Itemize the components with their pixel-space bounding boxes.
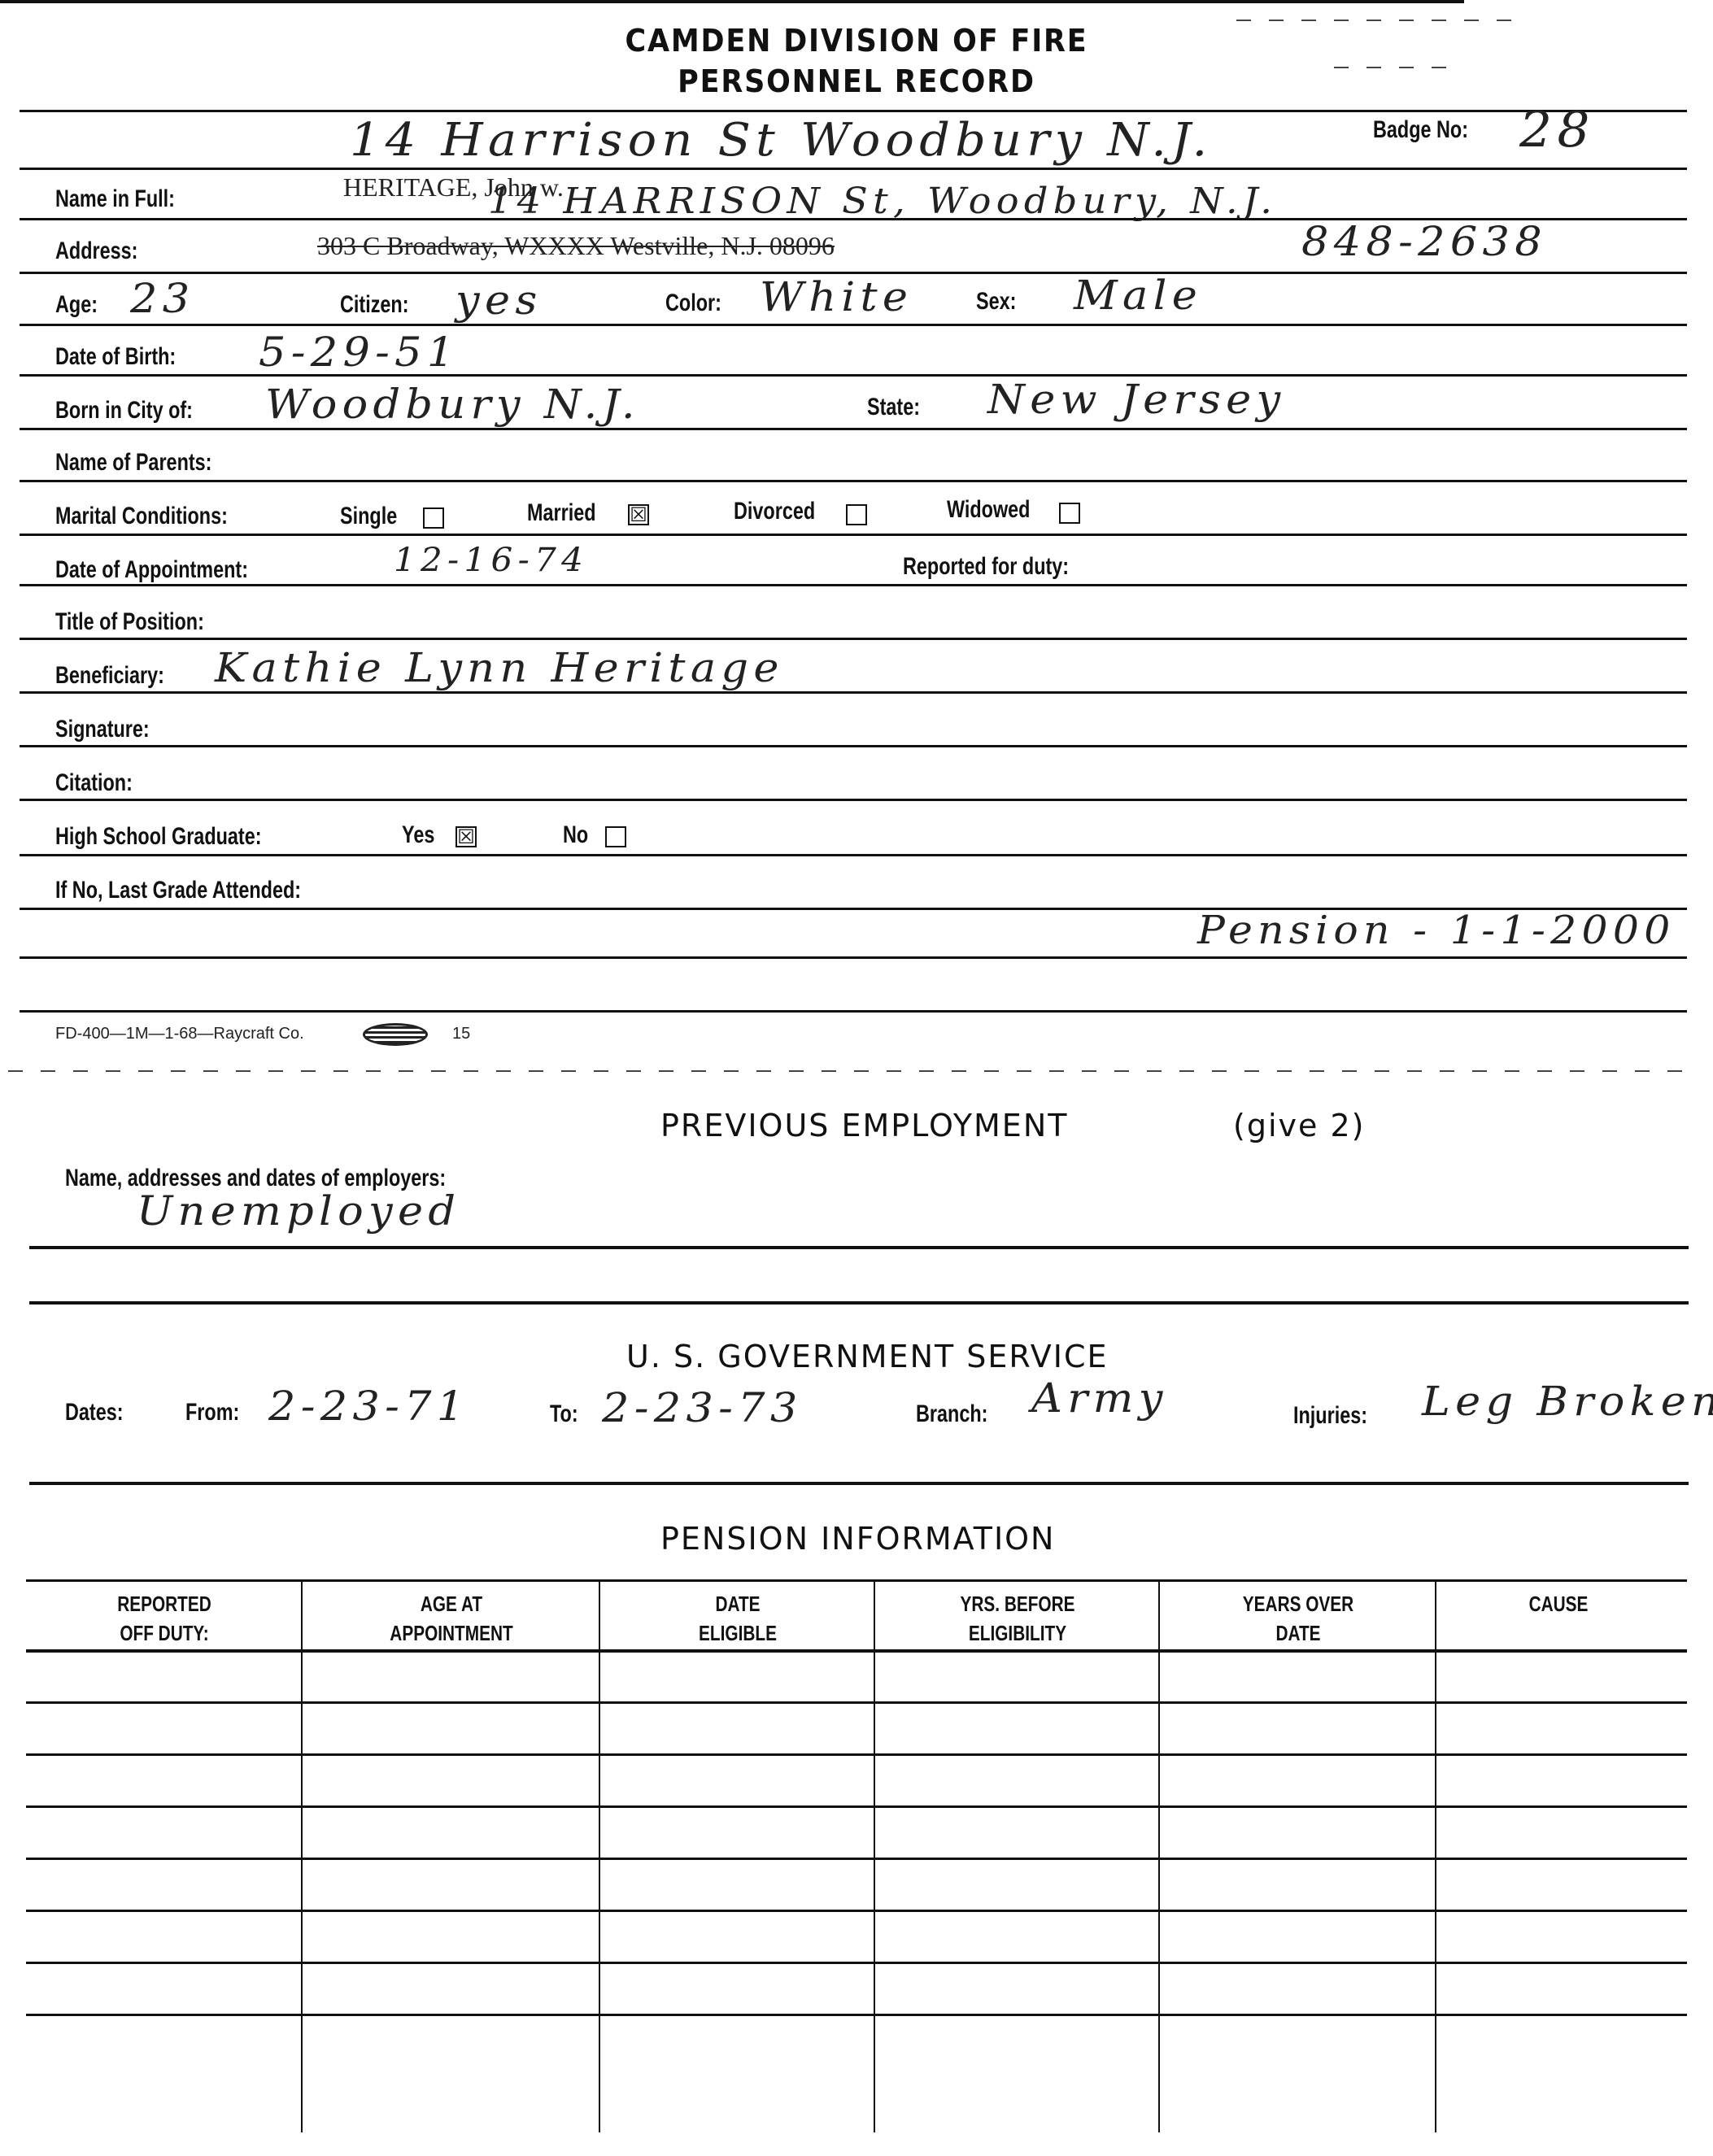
- table-row-rule: [26, 1701, 1687, 1704]
- row-rule: [20, 534, 1687, 536]
- born-city-value: Woodbury N.J.: [265, 381, 640, 428]
- employers-value: Unemployed: [137, 1187, 460, 1235]
- state-value: New Jersey: [987, 376, 1286, 423]
- parents-label: Name of Parents:: [55, 449, 211, 477]
- col-divider: [599, 1579, 600, 2132]
- row-rule: [20, 428, 1687, 430]
- row-rule: [20, 956, 1687, 959]
- pension-title: PENSION INFORMATION: [660, 1521, 1055, 1557]
- table-row-rule: [26, 1962, 1687, 1964]
- phone-handwritten: 848-2638: [1301, 218, 1547, 265]
- form-subtitle: PERSONNEL RECORD: [68, 63, 1645, 99]
- col-header-date-eligible: DATE ELIGIBLE: [628, 1589, 848, 1648]
- row-rule: [20, 324, 1687, 326]
- to-label: To:: [550, 1400, 578, 1428]
- row-rule: [29, 1301, 1689, 1304]
- previous-employment-title: PREVIOUS EMPLOYMENT: [660, 1108, 1068, 1143]
- row-rule: [29, 1482, 1689, 1485]
- sex-value: Male: [1074, 272, 1202, 319]
- last-grade-label: If No, Last Grade Attended:: [55, 877, 301, 904]
- row-rule: [20, 854, 1687, 856]
- marital-single-checkbox[interactable]: [423, 507, 444, 529]
- row-rule: [20, 1010, 1687, 1013]
- col-header-cause: CAUSE: [1461, 1589, 1656, 1618]
- top-address-handwritten: 14 Harrison St Woodbury N.J.: [350, 114, 1213, 167]
- hs-yes-label: Yes: [402, 821, 434, 849]
- row-rule: [20, 745, 1687, 747]
- col-divider: [301, 1579, 303, 2132]
- address-label: Address:: [55, 237, 137, 265]
- citizen-label: Citizen:: [340, 291, 408, 319]
- marital-married-label: Married: [527, 499, 596, 527]
- col-header-years-over-date: YEARS OVER DATE: [1188, 1589, 1409, 1648]
- row-rule: [20, 799, 1687, 801]
- dob-value: 5-29-51: [259, 329, 460, 376]
- col-header-age-at-appointment: AGE AT APPOINTMENT: [333, 1589, 571, 1648]
- badge-value: 28: [1519, 102, 1595, 159]
- name-label: Name in Full:: [55, 185, 175, 213]
- marital-widowed-label: Widowed: [947, 496, 1030, 524]
- reported-label: Reported for duty:: [903, 553, 1069, 581]
- row-rule: [20, 584, 1687, 586]
- row-rule: [20, 691, 1687, 694]
- injuries-value: Leg Broken: [1422, 1378, 1713, 1425]
- to-value: 2-23-73: [602, 1384, 803, 1431]
- address-old-typed: 303 C Broadway, WXXXX Westville, N.J. 08…: [317, 231, 835, 261]
- color-label: Color:: [665, 290, 721, 317]
- table-row-rule: [26, 1858, 1687, 1860]
- hs-no-label: No: [563, 821, 588, 849]
- table-top-rule: [26, 1579, 1687, 1582]
- col-header-reported-off-duty: REPORTED OFF DUTY:: [54, 1589, 275, 1648]
- col-header-yrs-before-eligibility: YRS. BEFORE ELIGIBILITY: [904, 1589, 1131, 1648]
- beneficiary-value: Kathie Lynn Heritage: [215, 644, 784, 691]
- table-row-rule: [26, 1753, 1687, 1756]
- state-label: State:: [867, 394, 920, 421]
- col-divider: [1435, 1579, 1436, 2132]
- address-new-handwritten: 14 HARRISON St, Woodbury, N.J.: [488, 181, 1277, 222]
- marital-single-label: Single: [340, 503, 397, 530]
- col-divider: [1158, 1579, 1160, 2132]
- marital-divorced-label: Divorced: [734, 498, 815, 525]
- row-rule: [20, 110, 1687, 112]
- pension-note-handwritten: Pension - 1-1-2000: [1197, 908, 1676, 953]
- row-rule: [20, 638, 1687, 640]
- sex-label: Sex:: [976, 288, 1016, 316]
- marital-divorced-checkbox[interactable]: [846, 504, 867, 525]
- marital-label: Marital Conditions:: [55, 503, 228, 530]
- form-code: FD-400—1M—1-68—Raycraft Co.: [55, 1025, 304, 1043]
- from-value: 2-23-71: [268, 1383, 469, 1430]
- marital-widowed-checkbox[interactable]: [1059, 503, 1080, 524]
- born-city-label: Born in City of:: [55, 397, 193, 425]
- badge-label: Badge No:: [1373, 116, 1468, 144]
- citizen-value: yes: [455, 277, 543, 324]
- row-rule: [20, 480, 1687, 482]
- scan-top-border: [0, 0, 1464, 3]
- previous-employment-note: (give 2): [1233, 1108, 1365, 1143]
- appointment-value: 12-16-74: [394, 542, 588, 579]
- branch-label: Branch:: [916, 1400, 987, 1428]
- hs-yes-checkbox[interactable]: ☒: [455, 826, 477, 847]
- title-position-label: Title of Position:: [55, 608, 204, 636]
- scan-marks: [1236, 20, 1513, 21]
- hs-label: High School Graduate:: [55, 823, 262, 851]
- row-rule: [29, 1246, 1689, 1249]
- pension-table: REPORTED OFF DUTY: AGE AT APPOINTMENT DA…: [26, 1579, 1687, 2132]
- table-row-rule: [26, 1805, 1687, 1808]
- from-label: From:: [185, 1399, 239, 1426]
- dates-label: Dates:: [65, 1399, 124, 1426]
- age-value: 23: [130, 275, 194, 322]
- table-row-rule: [26, 2014, 1687, 2016]
- injuries-label: Injuries:: [1293, 1402, 1367, 1430]
- branch-value: Army: [1031, 1374, 1168, 1422]
- row-rule: [20, 374, 1687, 377]
- form-title: CAMDEN DIVISION OF FIRE: [68, 23, 1645, 59]
- col-divider: [874, 1579, 875, 2132]
- dob-label: Date of Birth:: [55, 343, 176, 371]
- age-label: Age:: [55, 291, 98, 319]
- appointment-label: Date of Appointment:: [55, 556, 248, 584]
- gov-service-title: U. S. GOVERNMENT SERVICE: [626, 1339, 1109, 1374]
- page-number: 15: [452, 1025, 470, 1043]
- table-row-rule: [26, 1910, 1687, 1912]
- hs-no-checkbox[interactable]: [605, 826, 626, 847]
- beneficiary-label: Beneficiary:: [55, 662, 164, 690]
- signature-label: Signature:: [55, 716, 150, 743]
- union-bug-logo-icon: [363, 1023, 428, 1046]
- table-header-rule: [26, 1649, 1687, 1653]
- color-value: White: [760, 273, 913, 320]
- marital-married-checkbox[interactable]: ☒: [628, 504, 649, 525]
- page-fold-line: [8, 1070, 1692, 1072]
- row-rule: [20, 168, 1687, 170]
- citation-label: Citation:: [55, 769, 133, 797]
